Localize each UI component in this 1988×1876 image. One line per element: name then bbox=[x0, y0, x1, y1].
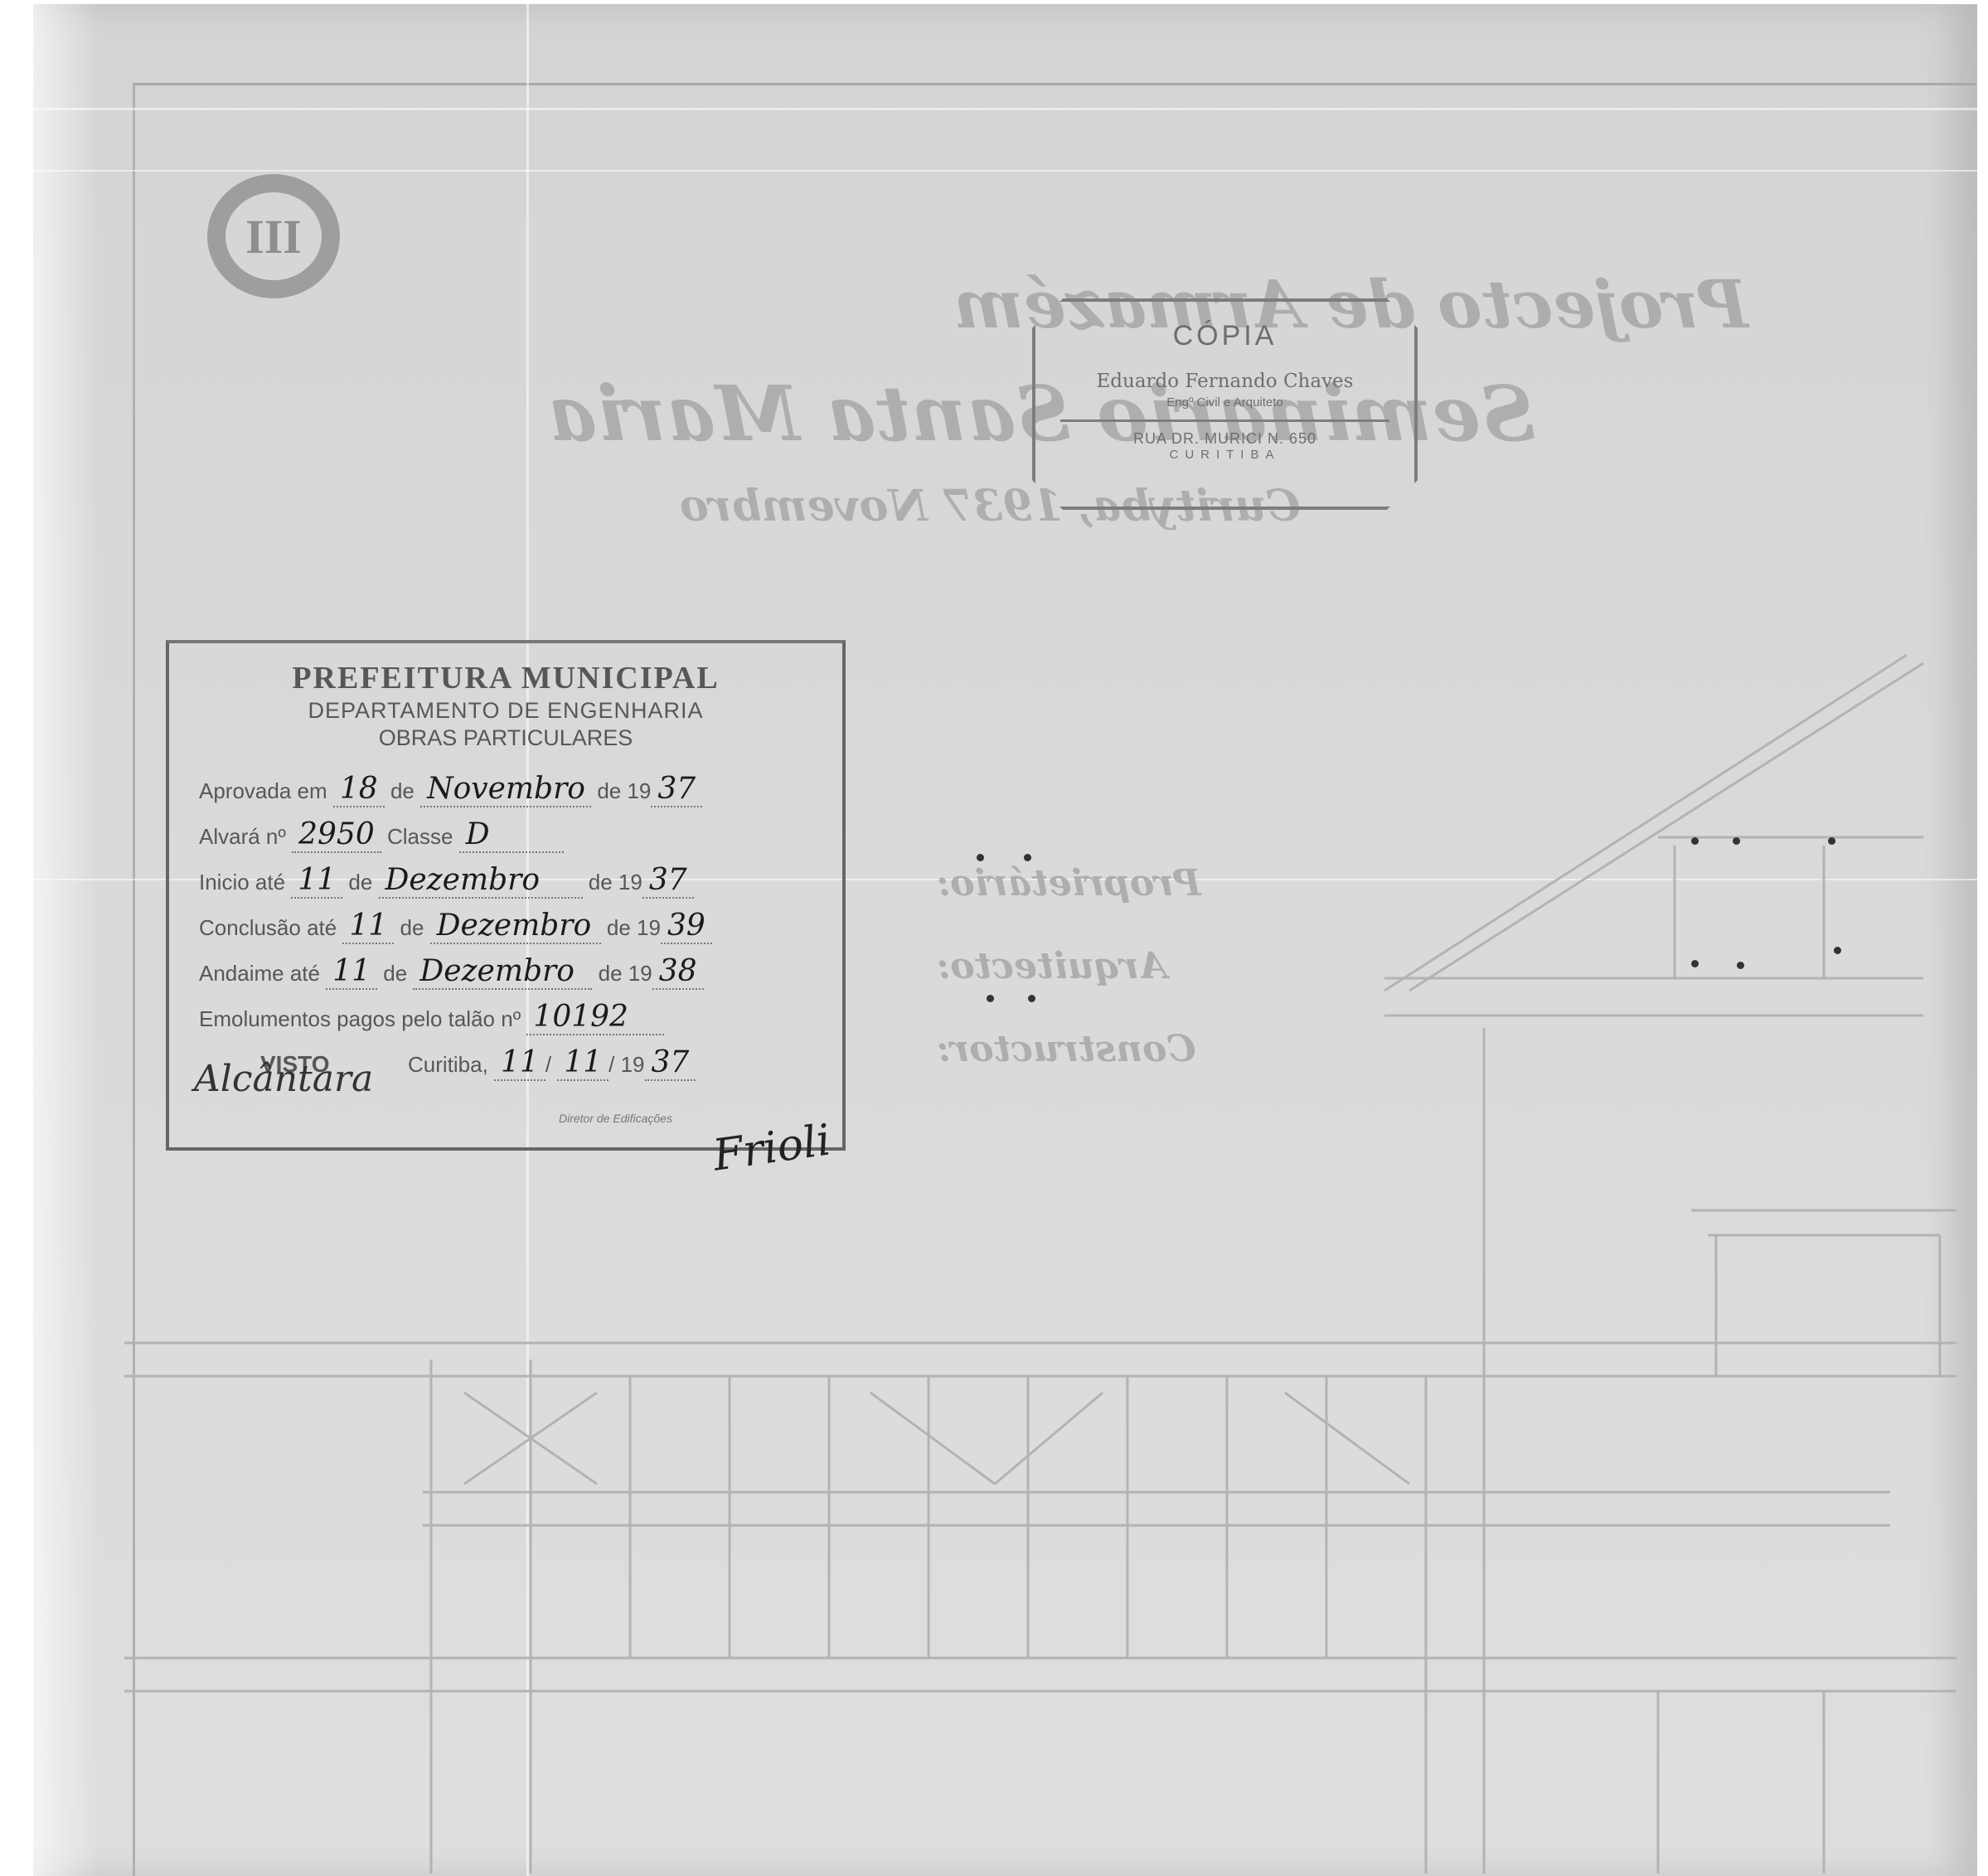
label: Conclusão até bbox=[199, 915, 337, 940]
visto-signature: Alcântara bbox=[194, 1058, 373, 1100]
year-value: 39 bbox=[661, 909, 712, 944]
label: Andaime até bbox=[199, 961, 320, 986]
day-value: 11 bbox=[494, 1045, 545, 1081]
permit-number: 2950 bbox=[292, 817, 381, 853]
month-value: Novembro bbox=[420, 772, 591, 807]
copy-stamp-subtitle: Engº Civil e Arquiteto bbox=[1060, 395, 1389, 422]
copy-stamp-name: Eduardo Fernando Chaves bbox=[1035, 371, 1414, 392]
label: Inicio até bbox=[199, 870, 285, 894]
ink-spot bbox=[1733, 837, 1740, 845]
label: de bbox=[348, 870, 372, 894]
seal-glyph: III bbox=[245, 209, 302, 264]
label: de bbox=[390, 778, 415, 803]
label: Emolumentos pagos pelo talão nº bbox=[199, 1006, 521, 1031]
label: de 19 bbox=[597, 778, 651, 803]
round-seal: III bbox=[207, 174, 340, 298]
year-value: 37 bbox=[645, 1045, 696, 1081]
copy-stamp-address: RUA DR. MURICI N. 650 bbox=[1035, 430, 1414, 448]
year-value: 37 bbox=[651, 772, 702, 807]
label: de bbox=[383, 961, 407, 986]
row-alvara: Alvará nº 2950 Classe D bbox=[199, 817, 564, 853]
ink-spot bbox=[1691, 837, 1699, 845]
municipal-approval-stamp: PREFEITURA MUNICIPAL DEPARTAMENTO DE ENG… bbox=[166, 640, 846, 1151]
row-conclusao: Conclusão até 11 de Dezembro de 1939 bbox=[199, 909, 712, 944]
label: de 19 bbox=[589, 870, 642, 894]
row-andaime: Andaime até 11 de Dezembro de 1938 bbox=[199, 954, 704, 990]
ink-spot bbox=[1024, 854, 1031, 861]
label: de bbox=[400, 915, 424, 940]
label: de 19 bbox=[607, 915, 661, 940]
row-aprovada: Aprovada em 18 de Novembro de 1937 bbox=[199, 772, 702, 807]
ink-spot bbox=[1828, 837, 1835, 845]
year-value: 37 bbox=[642, 863, 694, 899]
director-label: Diretor de Edificações bbox=[559, 1112, 672, 1125]
city-label: Curitiba, bbox=[408, 1052, 488, 1077]
day-value: 11 bbox=[291, 863, 342, 899]
ink-spot bbox=[1834, 947, 1841, 954]
row-emolumentos: Emolumentos pagos pelo talão nº 10192 bbox=[199, 1000, 664, 1035]
ink-spot bbox=[1737, 962, 1744, 969]
class-value: D bbox=[459, 817, 564, 853]
ghost-label-architect: Arquitecto: bbox=[937, 945, 1167, 987]
copy-stamp-city: CURITIBA bbox=[1035, 448, 1414, 462]
stamp-section: OBRAS PARTICULARES bbox=[169, 725, 842, 751]
ghost-label-owner: Proprietário: bbox=[937, 862, 1201, 904]
label: 19 bbox=[621, 1052, 645, 1077]
day-value: 11 bbox=[326, 954, 377, 990]
ink-spot bbox=[1691, 960, 1699, 967]
receipt-number: 10192 bbox=[526, 1000, 664, 1035]
label: de 19 bbox=[599, 961, 652, 986]
month-value: Dezembro bbox=[379, 863, 583, 899]
copy-stamp: CÓPIA Eduardo Fernando Chaves Engº Civil… bbox=[1032, 298, 1418, 510]
month-value: Dezembro bbox=[413, 954, 592, 990]
label: Classe bbox=[387, 824, 453, 849]
stamp-header: PREFEITURA MUNICIPAL bbox=[169, 660, 842, 696]
label: Aprovada em bbox=[199, 778, 327, 803]
ghost-label-builder: Constructor: bbox=[937, 1028, 1196, 1070]
label: Alvará nº bbox=[199, 824, 286, 849]
month-value: 11 bbox=[557, 1045, 609, 1081]
day-value: 18 bbox=[333, 772, 385, 807]
ink-spot bbox=[987, 995, 994, 1002]
day-value: 11 bbox=[342, 909, 394, 944]
row-inicio: Inicio até 11 de Dezembro de 1937 bbox=[199, 863, 694, 899]
ink-spot bbox=[977, 854, 984, 861]
stamp-department: DEPARTAMENTO DE ENGENHARIA bbox=[169, 698, 842, 724]
copy-stamp-title: CÓPIA bbox=[1035, 320, 1414, 352]
year-value: 38 bbox=[652, 954, 704, 990]
month-value: Dezembro bbox=[430, 909, 601, 944]
ink-spot bbox=[1028, 995, 1035, 1002]
